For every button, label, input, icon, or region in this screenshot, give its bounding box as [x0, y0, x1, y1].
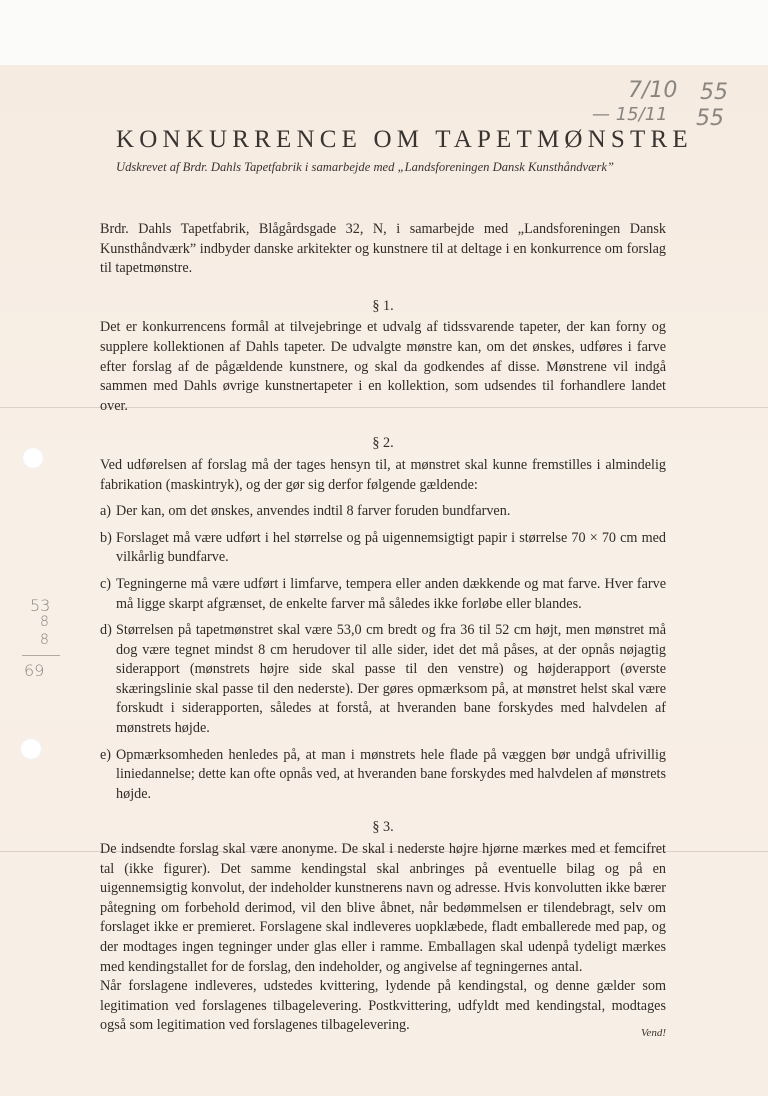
margin-number: 69 [24, 661, 44, 680]
list-item: d) Størrelsen på tapetmønstret skal være… [100, 621, 666, 739]
section-heading: § 2. [100, 434, 666, 454]
handwritten-year-1: 55 [700, 80, 728, 105]
list-item-text: Forslaget må være udført i hel størrelse… [116, 529, 666, 568]
handwritten-date-2: — 15/11 [592, 104, 668, 125]
margin-sum-line [22, 655, 60, 656]
margin-number: 8 [40, 632, 49, 648]
list-item: a) Der kan, om det ønskes, anvendes indt… [100, 502, 666, 522]
margin-number: 53 [30, 596, 50, 615]
list-item-label: b) [100, 529, 116, 568]
handwritten-date-1: 7/10 [628, 78, 677, 103]
list-item-label: e) [100, 746, 116, 805]
section-paragraph: Det er konkurrencens formål at tilvejebr… [100, 318, 666, 416]
list-item-label: a) [100, 502, 116, 522]
section-paragraph: Når forslagene indleveres, udstedes kvit… [100, 977, 666, 1036]
list-item-label: c) [100, 575, 116, 614]
turn-page-note: Vend! [641, 1027, 666, 1039]
list-item-text: Tegningerne må være udført i limfarve, t… [116, 575, 666, 614]
punch-hole [22, 447, 44, 469]
list-item-text: Der kan, om det ønskes, anvendes indtil … [116, 502, 666, 522]
intro-paragraph: Brdr. Dahls Tapetfabrik, Blågårdsgade 32… [100, 220, 666, 279]
document-body: Brdr. Dahls Tapetfabrik, Blågårdsgade 32… [100, 220, 666, 1036]
punch-hole [20, 738, 42, 760]
section-heading: § 1. [100, 297, 666, 317]
list-item-text: Størrelsen på tapetmønstret skal være 53… [116, 621, 666, 739]
document-title: KONKURRENCE OM TAPETMØNSTRE [116, 126, 676, 154]
handwritten-year-2: 55 [696, 106, 724, 131]
list-item: e) Opmærksomheden henledes på, at man i … [100, 746, 666, 805]
section-paragraph: De indsendte forslag skal være anonyme. … [100, 840, 666, 977]
document-subtitle: Udskrevet af Brdr. Dahls Tapetfabrik i s… [116, 160, 676, 175]
section-heading: § 3. [100, 818, 666, 838]
list-item: b) Forslaget må være udført i hel større… [100, 529, 666, 568]
list-item-text: Opmærksomheden henledes på, at man i møn… [116, 746, 666, 805]
list-item: c) Tegningerne må være udført i limfarve… [100, 575, 666, 614]
margin-number: 8 [40, 614, 49, 630]
list-item-label: d) [100, 621, 116, 739]
section-paragraph: Ved udførelsen af forslag må der tages h… [100, 456, 666, 495]
